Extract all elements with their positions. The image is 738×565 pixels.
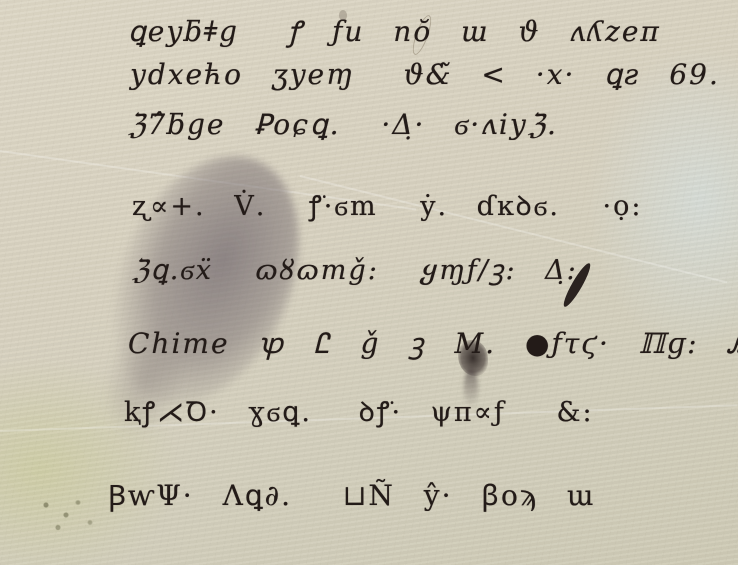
cipher-word: ŷ· bbox=[424, 479, 453, 512]
cipher-word: ƒu bbox=[332, 15, 364, 48]
cipher-word: ℿɡ: bbox=[639, 327, 699, 360]
cipher-word: ꝫ bbox=[409, 324, 425, 362]
cipher-word: ϭ·ʌiyℨ. bbox=[454, 108, 558, 142]
cipher-word: ʐ∝+. bbox=[132, 191, 206, 222]
cipher-word: ·ọ: bbox=[603, 191, 643, 222]
cipher-word: ǧ bbox=[360, 327, 380, 360]
cipher-word: 69. bbox=[669, 58, 720, 91]
cipher-word: ʒyeɱ bbox=[272, 58, 355, 91]
cipher-word: ʌʎzeπ bbox=[569, 15, 660, 48]
cipher-word: ɣϭꝗ. bbox=[248, 397, 312, 428]
cipher-word: < bbox=[481, 58, 506, 91]
cipher-line-7: ⱪꝭ⋌Ꝺ· ɣϭꝗ. ꝺꝭ̈· ψπ∝ƒ &: bbox=[124, 392, 612, 429]
cipher-word: ꝗƨ bbox=[604, 58, 640, 91]
paper-stain bbox=[30, 490, 110, 540]
cipher-word: ϑ bbox=[519, 15, 541, 48]
cipher-word: ɗĸꝺϭ. bbox=[477, 186, 560, 223]
cipher-word: ●ƒτϛ· bbox=[525, 327, 610, 360]
cipher-line-2: ydxeћo ʒyeɱ ϑ&̃ < ·x· ꝗƨ 69. bbox=[130, 58, 738, 91]
cipher-word: ⊔Ñ bbox=[343, 479, 395, 512]
cipher-word: Ꝑoɕꝗ. bbox=[254, 108, 340, 141]
cipher-word: Ꮭ bbox=[314, 327, 332, 361]
cipher-word: Ʌꝗ∂. bbox=[223, 479, 292, 512]
cipher-word: ydxeћo bbox=[130, 58, 243, 91]
cipher-word: ɯ bbox=[567, 479, 596, 512]
manuscript-photo: ꝗeyƃǂg ꝭ ƒu nŏ ɯ ϑ ʌʎzeπ ydxeћo ʒyeɱ ϑ&̃… bbox=[0, 0, 738, 565]
cipher-word: ϑ&̃ bbox=[404, 58, 453, 91]
cipher-word: ɯ bbox=[461, 15, 490, 48]
cipher-line-3: ℨ7̂ƃge Ꝑoɕꝗ. ·Δ̣· ϭ·ʌiyℨ. bbox=[128, 108, 576, 142]
cipher-word: ψπ∝ƒ bbox=[431, 397, 506, 428]
cipher-word: ꝕ bbox=[258, 324, 284, 362]
cipher-line-1: ꝗeyƃǂg ꝭ ƒu nŏ ɯ ϑ ʌʎzeπ bbox=[128, 12, 679, 50]
cipher-word: Ꭿ: bbox=[727, 327, 738, 361]
cipher-word: M. bbox=[455, 327, 497, 360]
cipher-word: ɷȣɷmǧ: bbox=[256, 255, 379, 286]
cipher-word: ·Δ̣· bbox=[381, 108, 425, 141]
cipher-word: nŏ bbox=[393, 15, 432, 48]
cipher-word: ꞴⱳΨ· bbox=[108, 476, 194, 514]
cipher-word: ꞵoϡ bbox=[481, 476, 538, 514]
cipher-word: ꝭ̈·ϭm bbox=[309, 186, 378, 223]
cipher-line-5: ℨꝗ.ϭẍ ɷȣɷmǧ: ყɱƒ/ꝫ: Δ̣: bbox=[132, 250, 596, 287]
cipher-word: ꝭ bbox=[288, 12, 303, 50]
cipher-word: V̇. bbox=[234, 191, 266, 222]
cipher-word: ẏ. bbox=[420, 191, 448, 222]
cipher-word: &: bbox=[557, 397, 594, 428]
cipher-word: ⱪꝭ⋌Ꝺ· bbox=[124, 392, 220, 429]
cipher-word: ꝗeyƃǂg bbox=[128, 15, 239, 48]
cipher-line-4: ʐ∝+. V̇. ꝭ̈·ϭm ẏ. ɗĸꝺϭ. ·ọ: bbox=[132, 186, 660, 223]
cipher-word: ყɱƒ/ꝫ: bbox=[421, 250, 516, 287]
cipher-word: ℨ7̂ƃge bbox=[128, 108, 226, 141]
cipher-line-6: Chime ꝕ Ꮭ ǧ ꝫ M. ●ƒτϛ· ℿɡ: Ꭿ: bbox=[128, 324, 738, 362]
cipher-word: ℨꝗ.ϭẍ bbox=[132, 255, 213, 286]
cipher-word: Chime bbox=[128, 327, 230, 360]
cipher-word: ꝺꝭ̈· bbox=[359, 392, 403, 429]
cipher-word: ·x· bbox=[536, 58, 576, 91]
cipher-word: Δ̣: bbox=[545, 255, 578, 286]
cipher-line-8: ꞴⱳΨ· Ʌꝗ∂. ⊔Ñ ŷ· ꞵoϡ ɯ bbox=[108, 476, 614, 514]
